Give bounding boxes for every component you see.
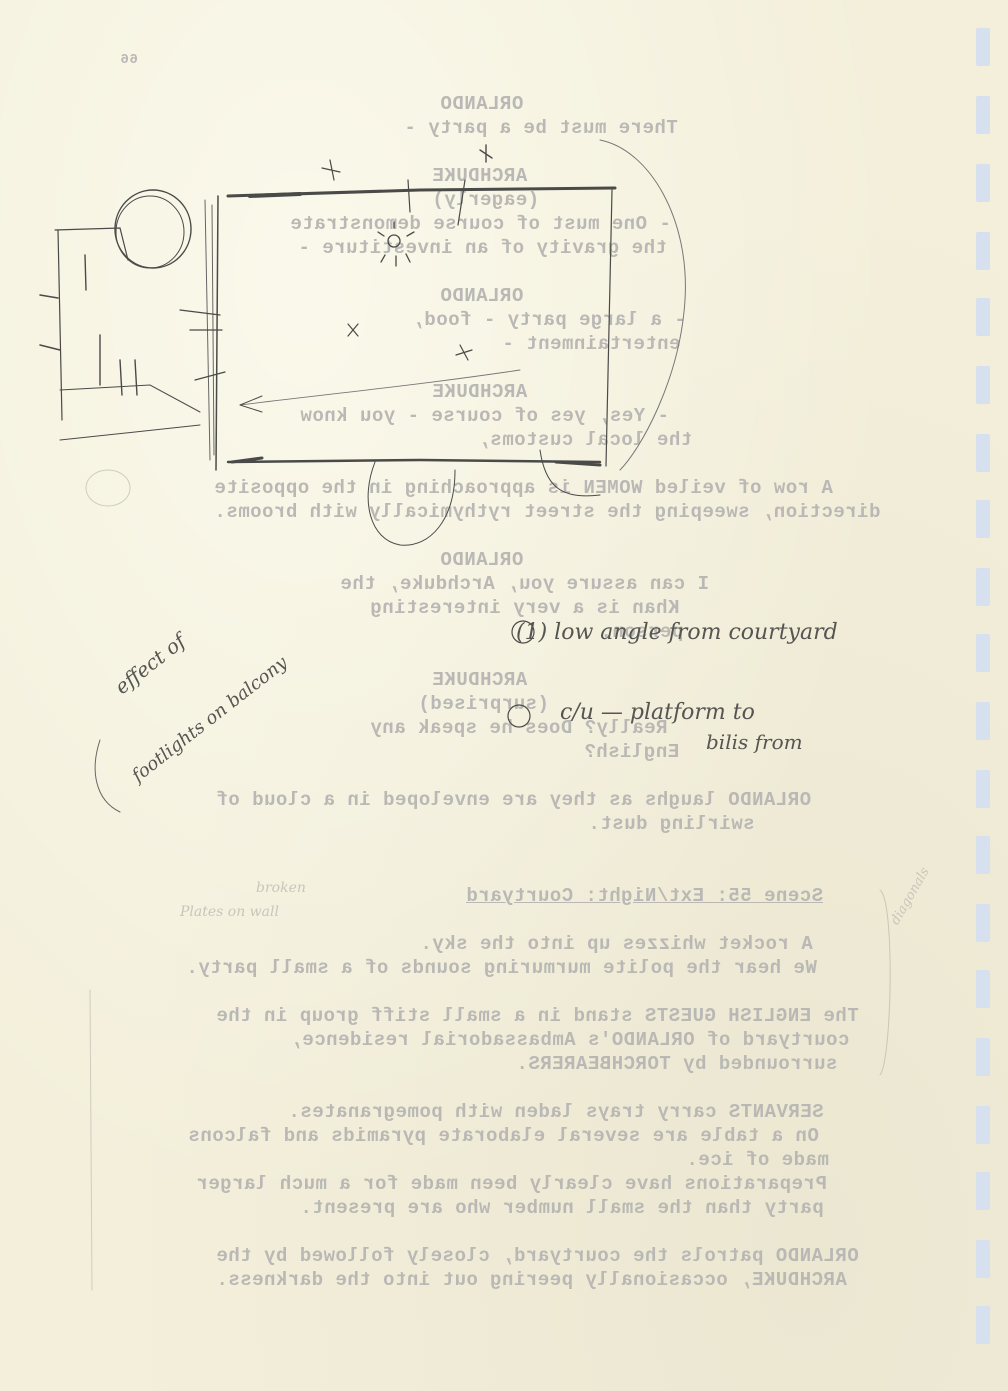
binding-hole xyxy=(976,1172,990,1210)
binding-hole xyxy=(976,770,990,808)
pencil-sketch-diagram xyxy=(0,0,1008,1391)
binding-hole xyxy=(976,634,990,672)
binding-hole xyxy=(976,568,990,606)
annotation-note-2: c/u — platform to xyxy=(560,700,755,725)
annotation-note-1: (1) low angle from courtyard xyxy=(516,620,838,645)
binding-hole xyxy=(976,1306,990,1344)
binding-hole xyxy=(976,298,990,336)
binding-hole xyxy=(976,1240,990,1278)
binding-hole xyxy=(976,970,990,1008)
binding-hole xyxy=(976,96,990,134)
binding-hole xyxy=(976,232,990,270)
binding-hole xyxy=(976,434,990,472)
binding-hole xyxy=(976,164,990,202)
script-page: 66 ORLANDO There must be a party - ARCHD… xyxy=(0,0,1008,1391)
binding-hole xyxy=(976,500,990,538)
binding-hole xyxy=(976,836,990,874)
binding-hole xyxy=(976,904,990,942)
binding-hole xyxy=(976,702,990,740)
binding-hole xyxy=(976,366,990,404)
annotation-note-2-cont: bilis from xyxy=(706,730,803,754)
faint-note-plates: Plates on wall xyxy=(180,904,279,920)
binding-hole xyxy=(976,1106,990,1144)
binding-hole xyxy=(976,1038,990,1076)
faint-note-broken: broken xyxy=(256,880,306,896)
binding-hole xyxy=(976,28,990,66)
